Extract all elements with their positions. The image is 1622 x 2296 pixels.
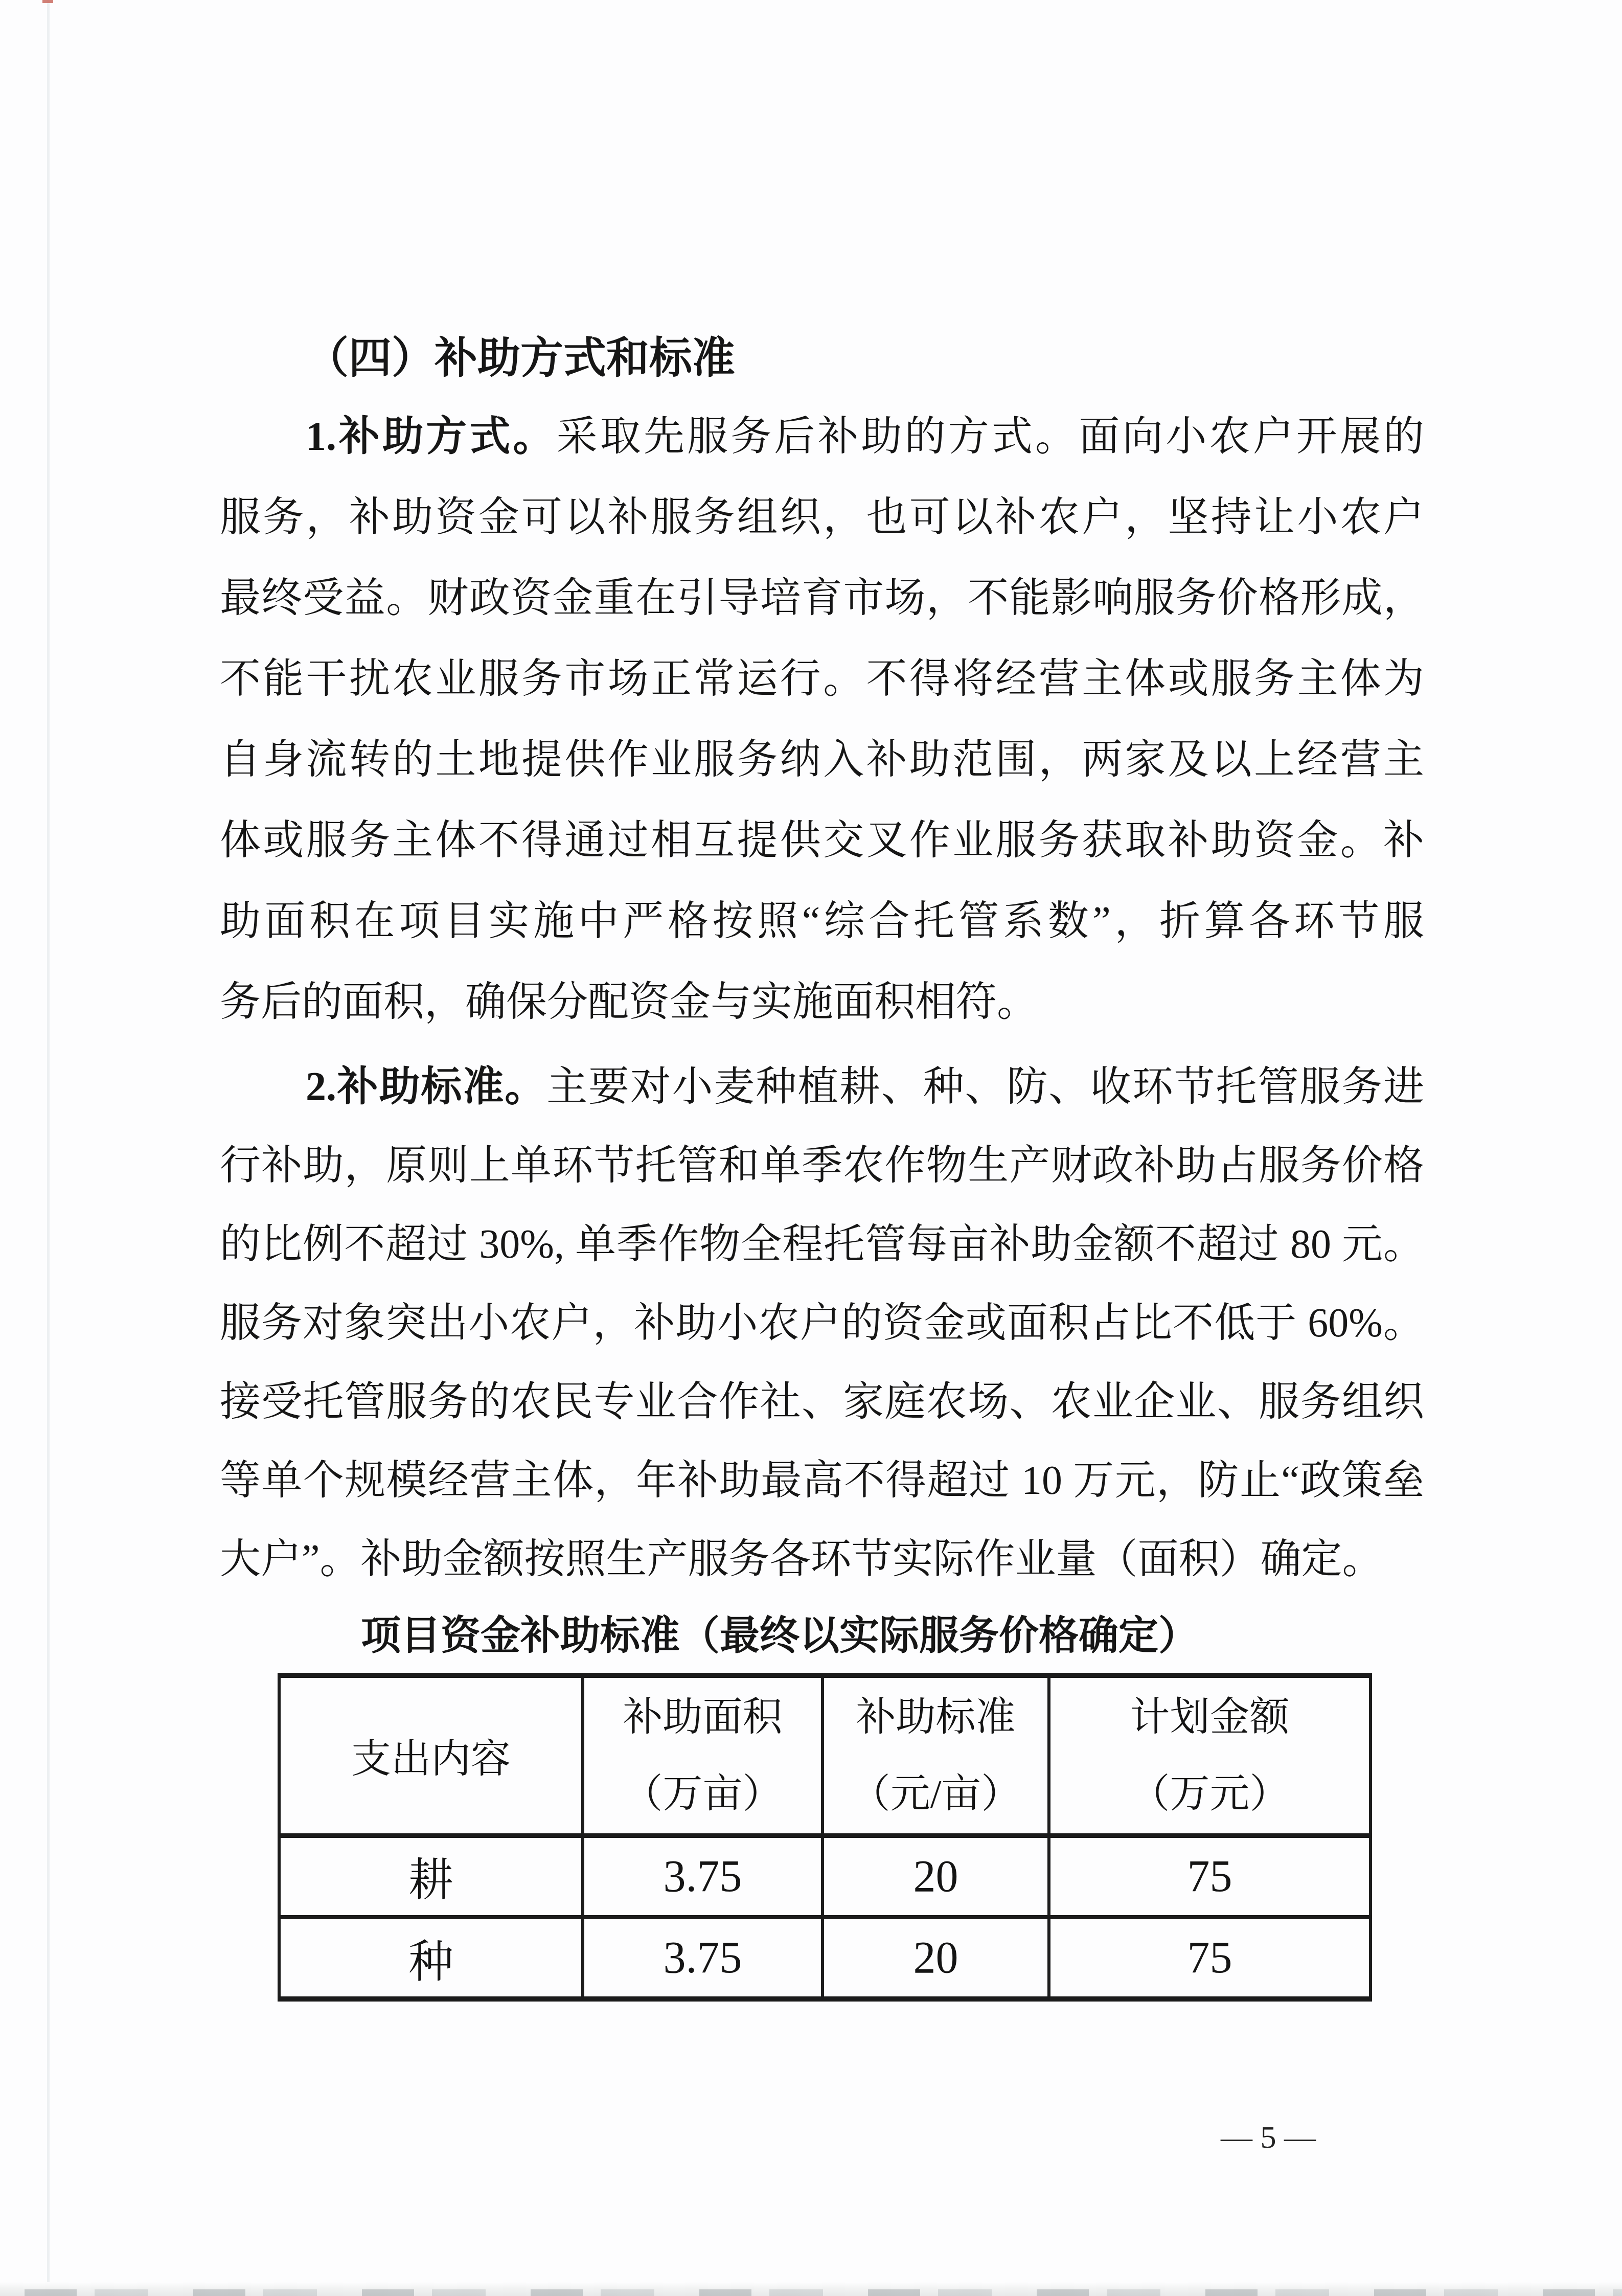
paragraph-lead-bold: 2.补助标准。	[306, 1064, 546, 1109]
header-line1: 补助面积	[584, 1679, 821, 1756]
cell-area: 3.75	[583, 1917, 823, 1999]
paragraph-line: 务后的面积，确保分配资金与实施面积相符。	[220, 962, 1424, 1042]
paragraph-line: 等单个规模经营主体，年补助最高不得超过 10 万元，防止“政策垒	[220, 1441, 1424, 1520]
table-header-row: 支出内容 补助面积 （万亩） 补助标准 （元/亩） 计划金额 （万元）	[279, 1675, 1370, 1835]
cell-item: 耕	[279, 1835, 583, 1917]
header-cell-planned-amount: 计划金额 （万元）	[1049, 1675, 1370, 1835]
paragraph-line: 行补助，原则上单环节托管和单季农作物生产财政补助占服务价格	[220, 1126, 1424, 1205]
cell-area: 3.75	[583, 1835, 823, 1917]
paragraph-line: 不能干扰农业服务市场正常运行。不得将经营主体或服务主体为	[220, 639, 1424, 719]
cell-rate: 20	[823, 1917, 1049, 1999]
table-row: 耕 3.75 20 75	[279, 1835, 1370, 1917]
cell-amount: 75	[1049, 1835, 1370, 1917]
table-row: 种 3.75 20 75	[279, 1917, 1370, 1999]
paragraph-subsidy-method: 1.补助方式。采取先服务后补助的方式。面向小农户开展的 服务，补助资金可以补服务…	[220, 396, 1424, 1042]
table-caption: 项目资金补助标准（最终以实际服务价格确定）	[361, 1613, 1198, 1659]
document-page: （四）补助方式和标准 1.补助方式。采取先服务后补助的方式。面向小农户开展的 服…	[0, 0, 1622, 2296]
paragraph-line: 2.补助标准。主要对小麦种植耕、种、防、收环节托管服务进	[220, 1048, 1424, 1126]
paragraph-line: 自身流转的土地提供作业服务纳入补助范围，两家及以上经营主	[220, 719, 1424, 800]
paragraph-line-text: 采取先服务后补助的方式。面向小农户开展的	[557, 414, 1424, 459]
paragraph-line: 1.补助方式。采取先服务后补助的方式。面向小农户开展的	[220, 396, 1424, 477]
paragraph-line: 助面积在项目实施中严格按照“综合托管系数”，折算各环节服	[220, 881, 1424, 962]
paragraph-lead-bold: 1.补助方式。	[306, 414, 557, 459]
header-cell-subsidy-rate: 补助标准 （元/亩）	[823, 1675, 1049, 1835]
cell-rate: 20	[823, 1835, 1049, 1917]
header-line1: 计划金额	[1050, 1679, 1369, 1756]
header-cell-subsidy-area: 补助面积 （万亩）	[583, 1675, 823, 1835]
paragraph-line: 接受托管服务的农民专业合作社、家庭农场、农业企业、服务组织	[220, 1362, 1424, 1441]
header-line2: （元/亩）	[824, 1756, 1047, 1832]
scan-bottom-noise-artifact	[0, 2282, 1622, 2296]
paragraph-subsidy-standard: 2.补助标准。主要对小麦种植耕、种、防、收环节托管服务进 行补助，原则上单环节托…	[220, 1048, 1424, 1599]
cell-item: 种	[279, 1917, 583, 1999]
header-line1: 补助标准	[824, 1679, 1047, 1756]
paragraph-line: 的比例不超过 30%, 单季作物全程托管每亩补助金额不超过 80 元。	[220, 1205, 1424, 1284]
section-heading: （四）补助方式和标准	[220, 333, 1424, 384]
subsidy-standard-table: 支出内容 补助面积 （万亩） 补助标准 （元/亩） 计划金额 （万元） 耕 3.…	[278, 1673, 1372, 2002]
paragraph-line: 体或服务主体不得通过相互提供交叉作业服务获取补助资金。补	[220, 800, 1424, 881]
header-line2: （万元）	[1050, 1756, 1369, 1832]
scan-red-mark-artifact	[42, 0, 53, 3]
paragraph-line: 大户”。补助金额按照生产服务各环节实际作业量（面积）确定。	[220, 1520, 1424, 1599]
paragraph-line-text: 主要对小麦种植耕、种、防、收环节托管服务进	[546, 1064, 1424, 1109]
header-line2: （万亩）	[584, 1756, 821, 1832]
page-number: — 5 —	[1221, 2120, 1316, 2155]
cell-amount: 75	[1049, 1917, 1370, 1999]
paragraph-line: 最终受益。财政资金重在引导培育市场，不能影响服务价格形成，	[220, 558, 1424, 639]
header-cell-expense-content: 支出内容	[279, 1675, 583, 1835]
paragraph-line: 服务对象突出小农户，补助小农户的资金或面积占比不低于 60%。	[220, 1284, 1424, 1362]
scan-edge-line-artifact	[47, 0, 50, 2296]
paragraph-line: 服务，补助资金可以补服务组织，也可以补农户，坚持让小农户	[220, 477, 1424, 558]
